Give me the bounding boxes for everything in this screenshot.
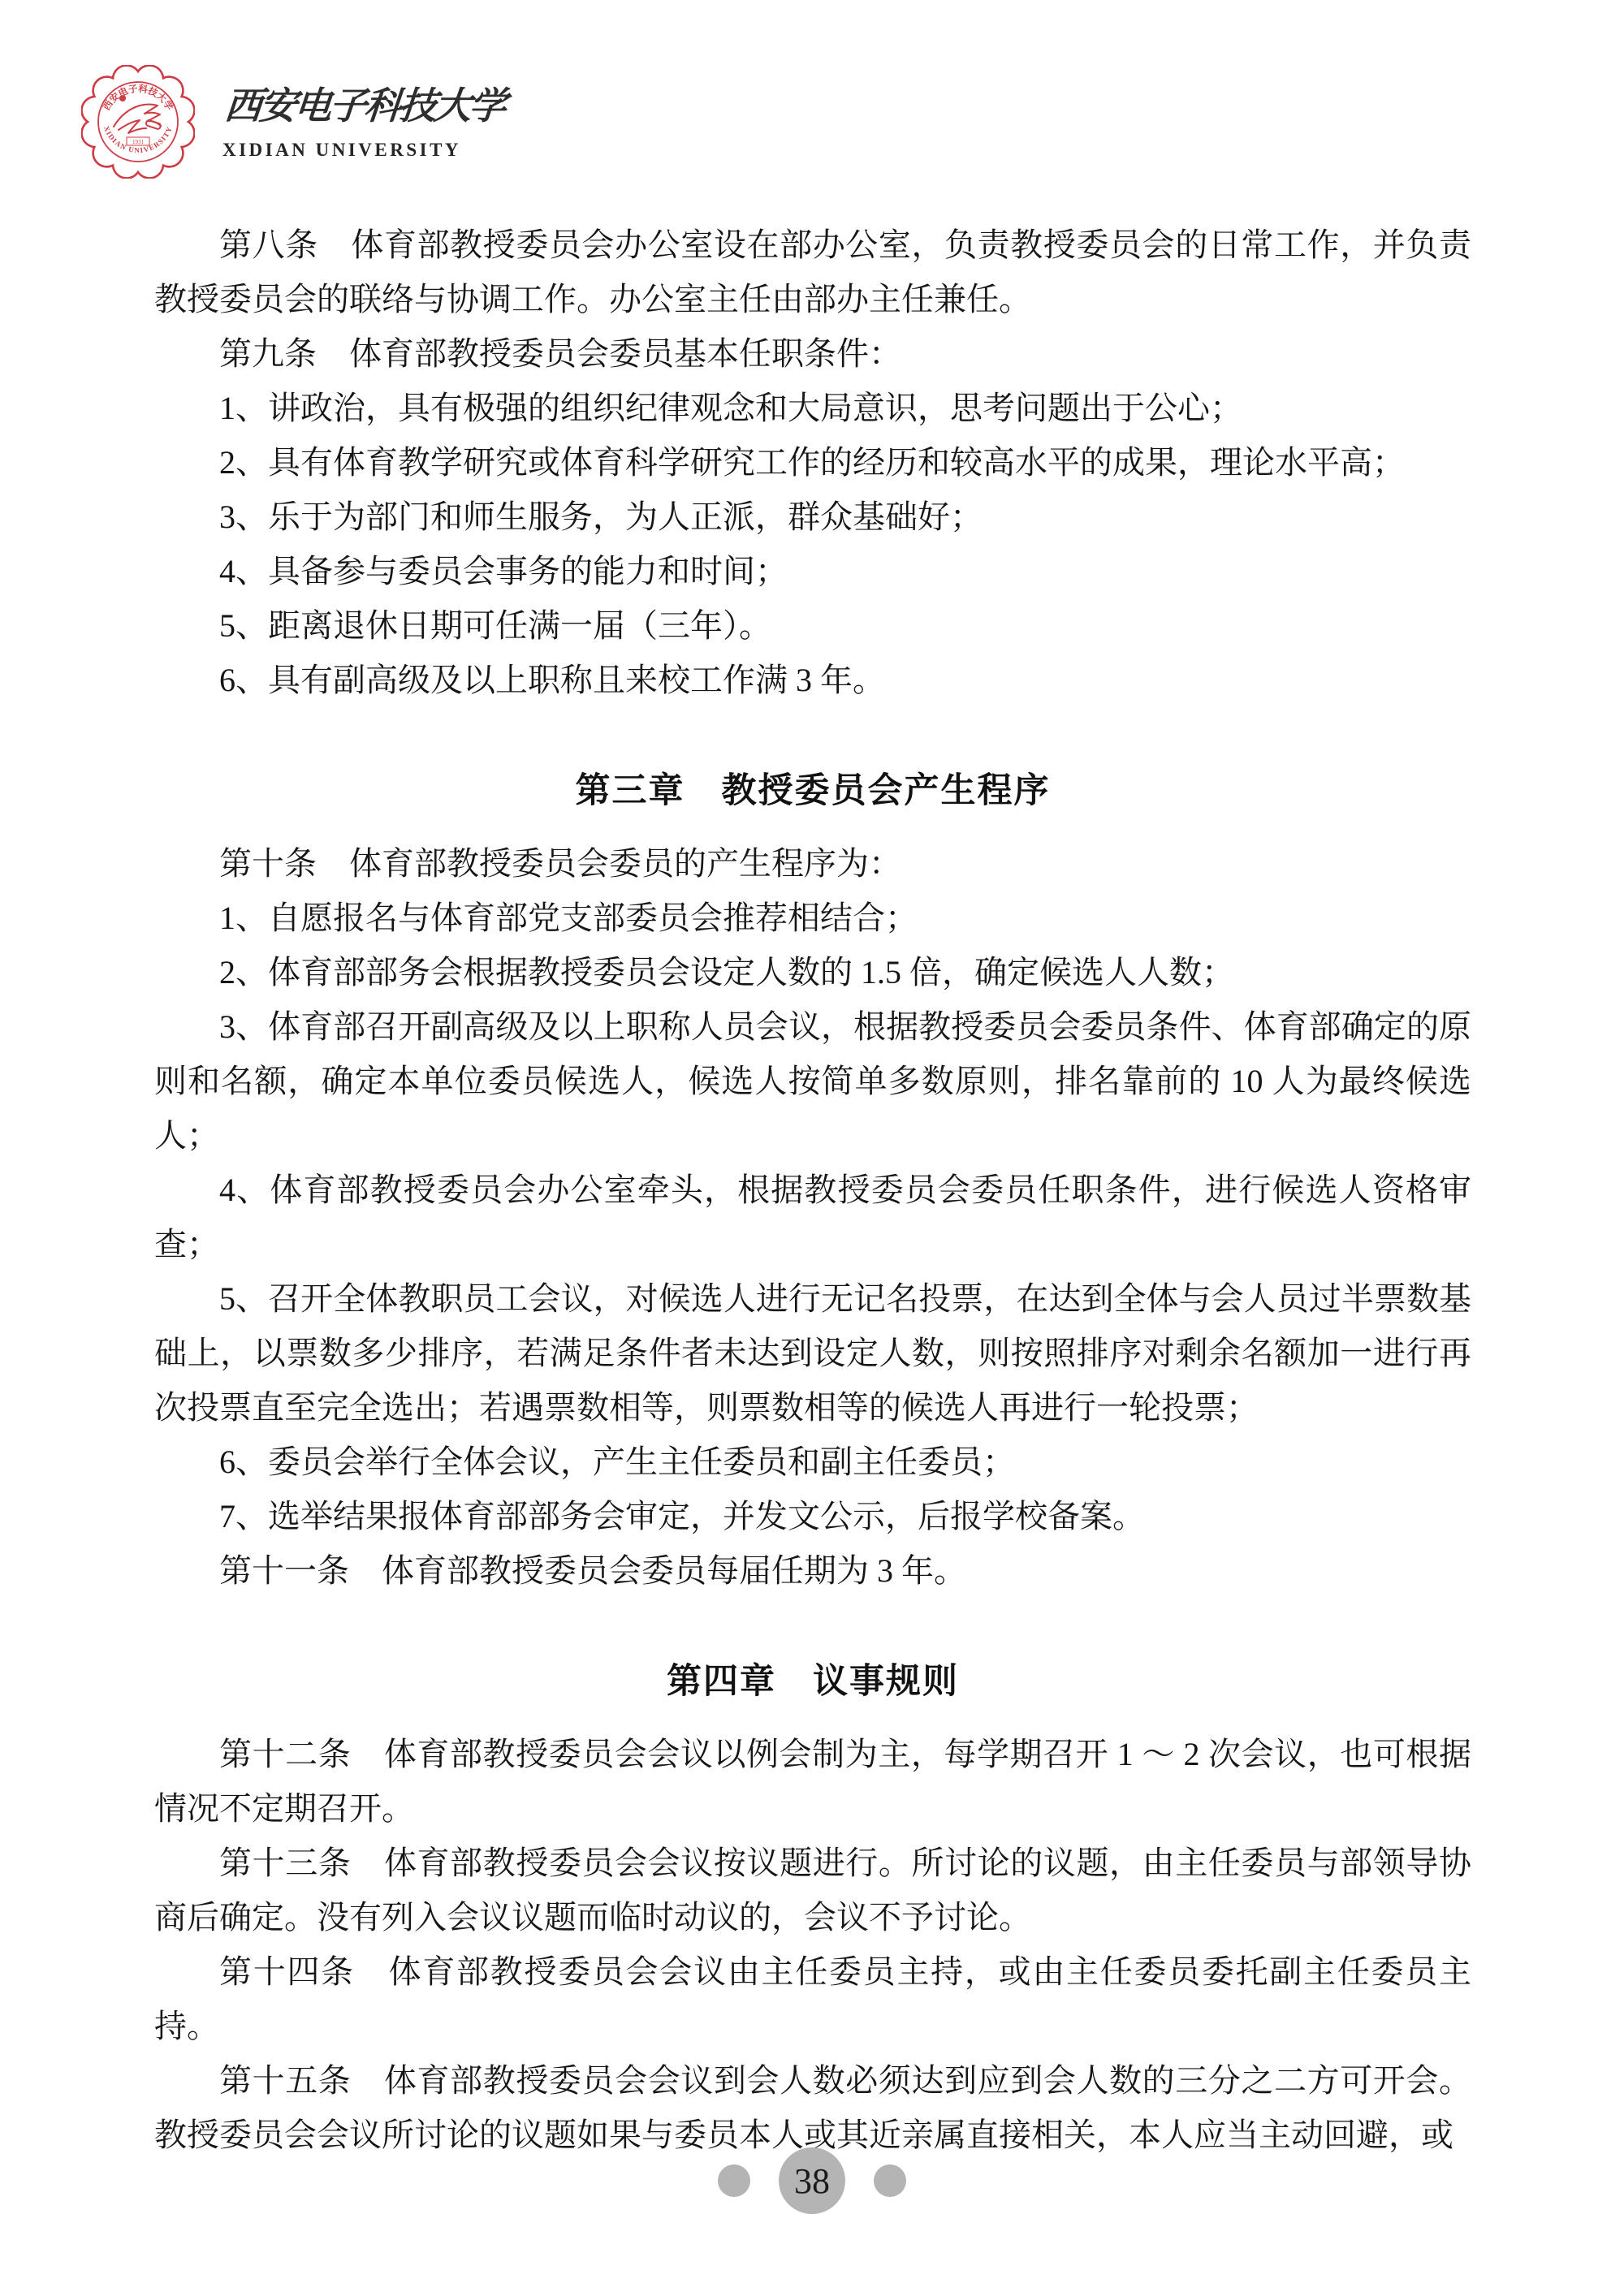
list-item-1b: 1、自愿报名与体育部党支部委员会推荐相结合； [154,891,1471,945]
list-item-4b: 4、体育部教授委员会办公室牵头，根据教授委员会委员任职条件，进行候选人资格审查； [154,1163,1471,1271]
chapter-heading-4: 第四章 议事规则 [154,1655,1471,1709]
footer-dot-left [718,2164,750,2197]
paragraph-article-12: 第十二条 体育部教授委员会会议以例会制为主，每学期召开 1 ～ 2 次会议，也可… [154,1727,1471,1836]
university-name-latin: XIDIAN UNIVERSITY [222,140,502,161]
page-footer: 38 [0,2147,1624,2215]
list-item-5: 5、距离退休日期可任满一届（三年）。 [154,598,1471,653]
list-item-3: 3、乐于为部门和师生服务，为人正派，群众基础好； [154,490,1471,544]
seal-ring-text-zh: 西安电子科技大学 [101,83,176,113]
paragraph-article-8: 第八条 体育部教授委员会办公室设在部办公室，负责教授委员会的日常工作，并负责教授… [154,218,1471,326]
document-body: 第八条 体育部教授委员会办公室设在部办公室，负责教授委员会的日常工作，并负责教授… [154,218,1471,2162]
paragraph-article-9: 第九条 体育部教授委员会委员基本任职条件： [154,326,1471,381]
paragraph-article-10: 第十条 体育部教授委员会委员的产生程序为： [154,836,1471,891]
university-name-calligraphy: 西安电子科技大学 [222,76,507,130]
list-item-6: 6、具有副高级及以上职称且来校工作满 3 年。 [154,653,1471,707]
university-seal-logo: 西安电子科技大学 XIDIAN UNIVERSITY 1931 [81,65,195,179]
list-item-1: 1、讲政治，具有极强的组织纪律观念和大局意识，思考问题出于公心； [154,381,1471,435]
list-item-7b: 7、选举结果报体育部部务会审定，并发文公示，后报学校备案。 [154,1489,1471,1543]
footer-dot-right [874,2164,906,2197]
university-wordmark: 西安电子科技大学 XIDIAN UNIVERSITY [222,65,502,161]
seal-red-dot [119,95,126,101]
paragraph-article-13: 第十三条 体育部教授委员会会议按议题进行。所讨论的议题，由主任委员与部领导协商后… [154,1836,1471,1944]
list-item-2: 2、具有体育教学研究或体育科学研究工作的经历和较高水平的成果，理论水平高； [154,435,1471,490]
page-number-badge: 38 [779,2147,845,2214]
page-header: 西安电子科技大学 XIDIAN UNIVERSITY 1931 西安电子科技大学… [81,65,502,179]
list-item-3b: 3、体育部召开副高级及以上职称人员会议，根据教授委员会委员条件、体育部确定的原则… [154,999,1471,1163]
chapter-heading-3: 第三章 教授委员会产生程序 [154,764,1471,818]
page-number: 38 [794,2160,830,2202]
list-item-4: 4、具备参与委员会事务的能力和时间； [154,544,1471,598]
list-item-2b: 2、体育部部务会根据教授委员会设定人数的 1.5 倍，确定候选人人数； [154,945,1471,999]
paragraph-article-15: 第十五条 体育部教授委员会会议到会人数必须达到应到会人数的三分之二方可开会。教授… [154,2053,1471,2162]
list-item-6b: 6、委员会举行全体会议，产生主任委员和副主任委员； [154,1435,1471,1489]
paragraph-article-11: 第十一条 体育部教授委员会委员每届任期为 3 年。 [154,1543,1471,1598]
page-number-group: 38 [718,2147,906,2215]
seal-goose-emblem [114,105,161,134]
paragraph-article-14: 第十四条 体育部教授委员会会议由主任委员主持，或由主任委员委托副主任委员主持。 [154,1944,1471,2053]
list-item-5b: 5、召开全体教职员工会议，对候选人进行无记名投票，在达到全体与会人员过半票数基础… [154,1271,1471,1435]
seal-year: 1931 [132,139,145,145]
